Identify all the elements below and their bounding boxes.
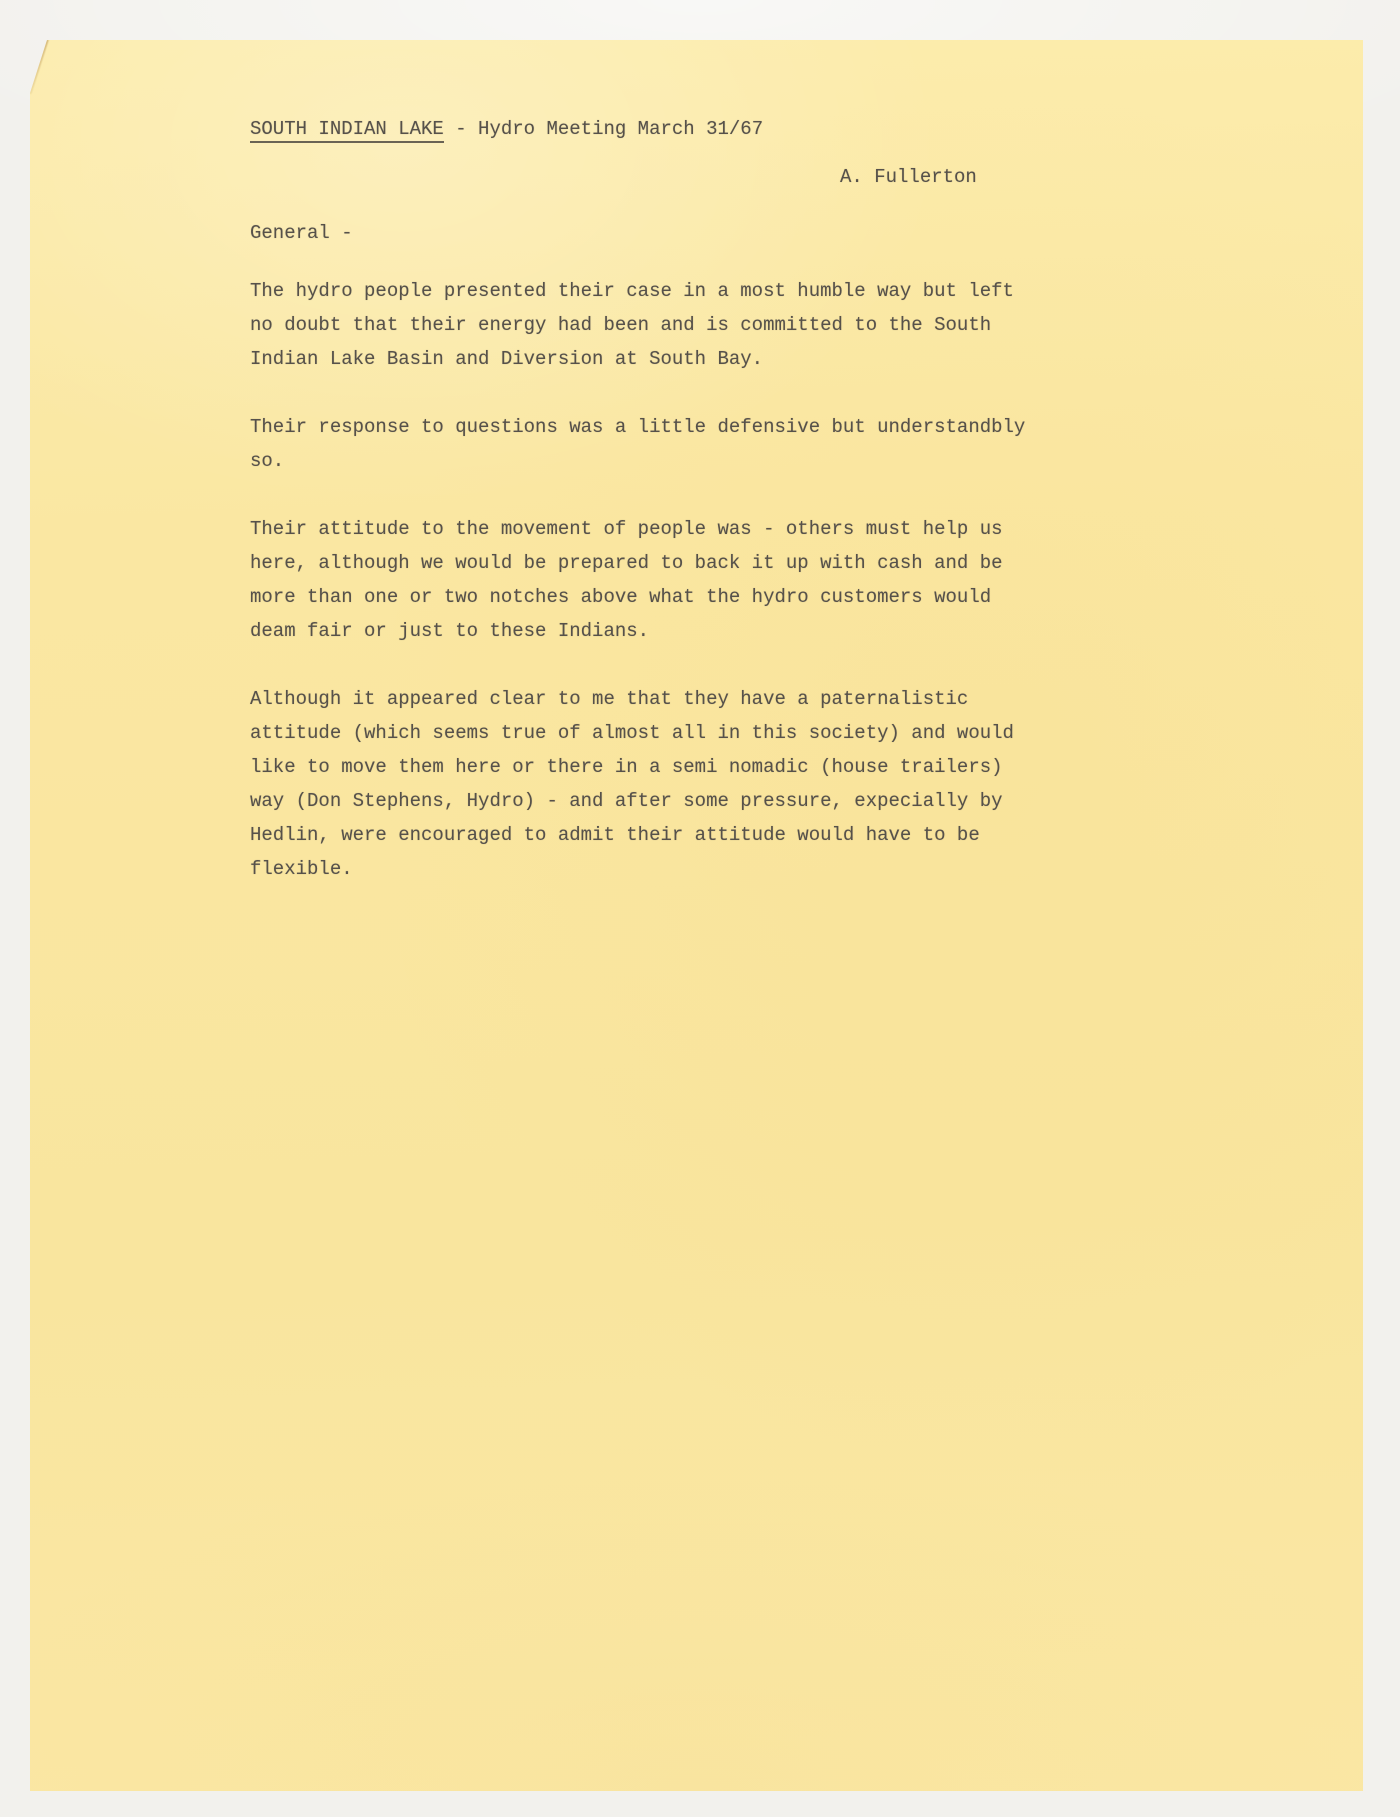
paragraph-4: Although it appeared clear to me that th…: [250, 682, 1037, 886]
document-title: SOUTH INDIAN LAKE - Hydro Meeting March …: [250, 112, 1037, 146]
paragraph-2: Their response to questions was a little…: [250, 410, 1037, 478]
paragraph-1: The hydro people presented their case in…: [250, 274, 1037, 376]
byline: A. Fullerton: [840, 160, 1037, 194]
paragraph-3: Their attitude to the movement of people…: [250, 512, 1037, 648]
scan-background: SOUTH INDIAN LAKE - Hydro Meeting March …: [0, 0, 1400, 1817]
title-rest-text: - Hydro Meeting March 31/67: [455, 118, 763, 140]
document-content: SOUTH INDIAN LAKE - Hydro Meeting March …: [30, 40, 1037, 886]
section-heading: General -: [250, 216, 1037, 250]
title-underlined-text: SOUTH INDIAN LAKE: [250, 118, 444, 143]
paper-sheet: SOUTH INDIAN LAKE - Hydro Meeting March …: [30, 40, 1363, 1791]
